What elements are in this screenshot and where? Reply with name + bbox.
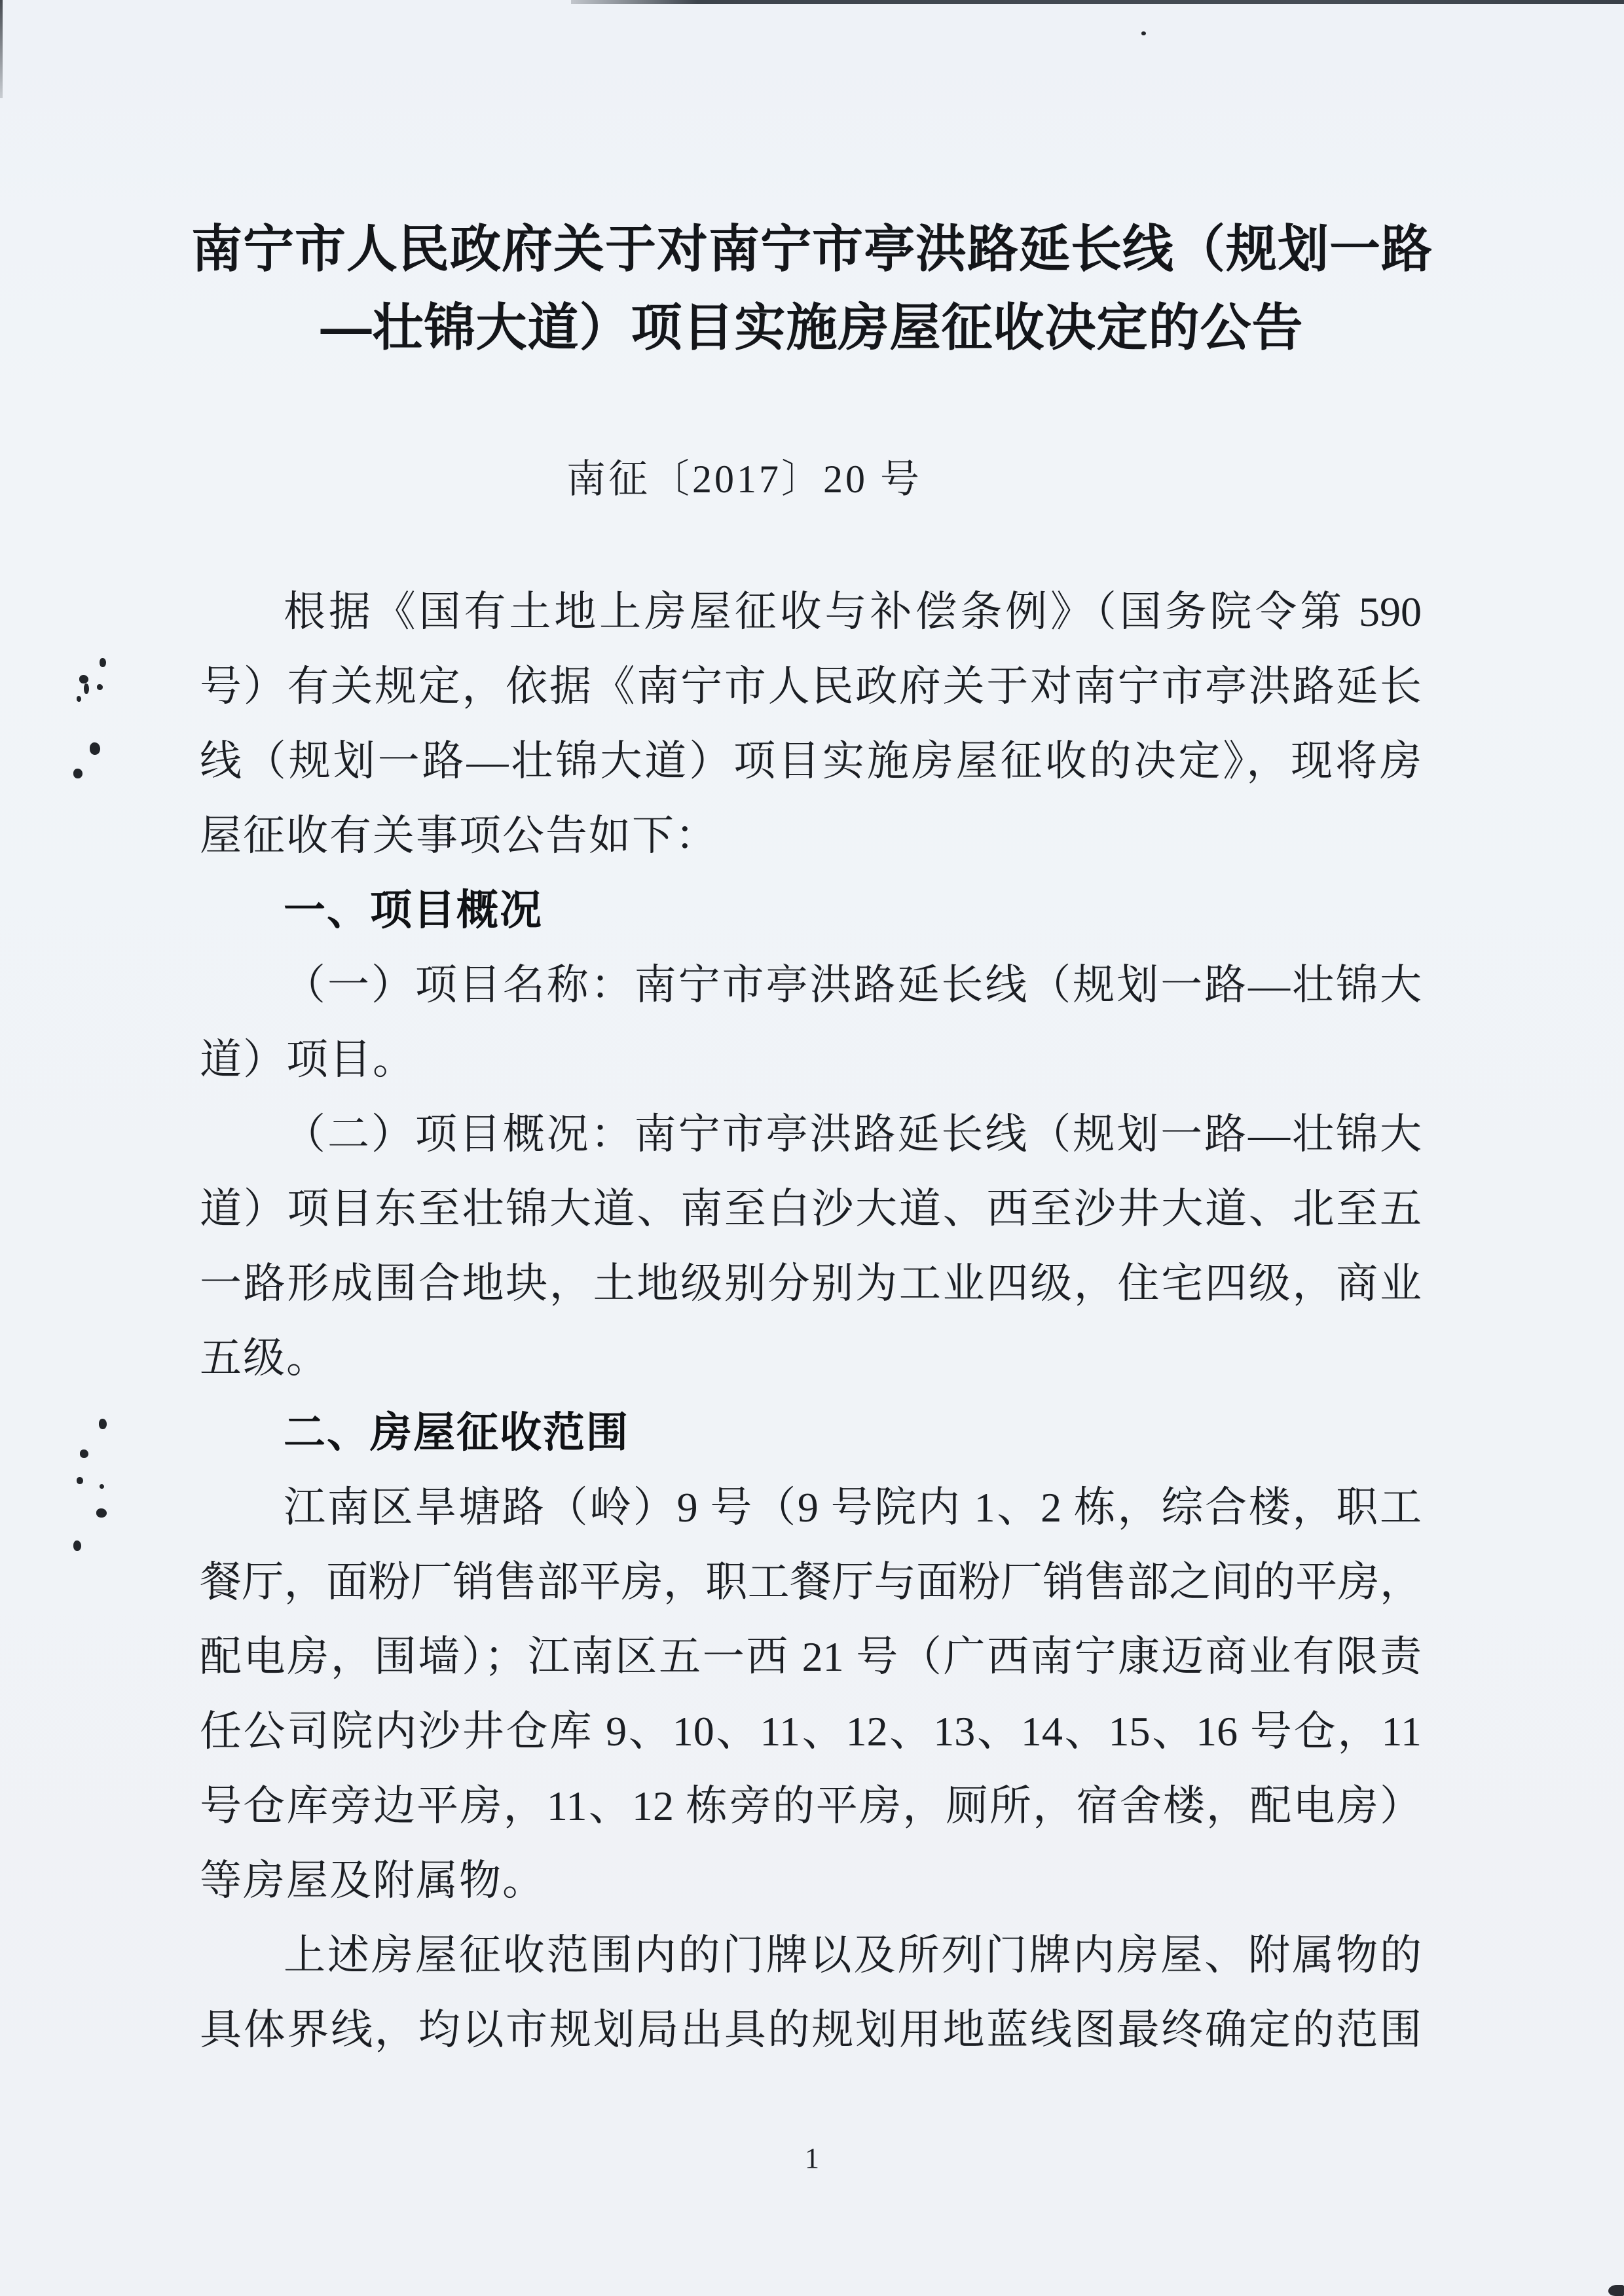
ink-speck [79,675,88,683]
body-line: 五级。 [200,1321,1422,1396]
body-line: （二）项目概况：南宁市亭洪路延长线（规划一路—壮锦大 [200,1097,1422,1172]
ink-speck [100,658,106,667]
ink-speck [99,1419,107,1429]
body-line: 屋征收有关事项公告如下： [200,799,1422,873]
ink-speck [90,742,100,755]
body-line: 道）项目。 [200,1023,1422,1097]
ink-speck [73,1540,81,1551]
ink-speck [73,769,83,778]
scanned-document-page: 南宁市人民政府关于对南宁市亭洪路延长线（规划一路 —壮锦大道）项目实施房屋征收决… [0,0,1624,2296]
ink-speck [1141,31,1146,35]
ink-speck [77,696,81,702]
body-line: 线（规划一路—壮锦大道）项目实施房屋征收的决定》，现将房 [200,724,1422,799]
ink-speck [97,684,103,690]
body-line: 等房屋及附属物。 [200,1844,1422,1918]
body-line: （一）项目名称：南宁市亭洪路延长线（规划一路—壮锦大 [200,948,1422,1023]
scan-edge-artifact-top [571,0,1624,4]
body-line: 配电房，围墙）；江南区五一西 21 号（广西南宁康迈商业有限责 [200,1620,1422,1694]
body-line: 一路形成围合地块，土地级别分别为工业四级，住宅四级，商业 [200,1247,1422,1321]
document-body: 根据《国有土地上房屋征收与补偿条例》（国务院令第 590号）有关规定，依据《南宁… [200,575,1422,2068]
body-line: 任公司院内沙井仓库 9、10、11、12、13、14、15、16 号仓，11 [200,1694,1422,1769]
ink-speck [96,1508,107,1518]
ink-speck [100,1484,104,1489]
body-line: 上述房屋征收范围内的门牌以及所列门牌内房屋、附属物的 [200,1918,1422,1993]
body-line: 道）项目东至壮锦大道、南至白沙大道、西至沙井大道、北至五 [200,1172,1422,1247]
body-line: 具体界线，均以市规划局出具的规划用地蓝线图最终确定的范围 [200,1993,1422,2068]
document-title-line-2: —壮锦大道）项目实施房屋征收决定的公告 [98,288,1526,367]
scan-corner-artifact [1608,2285,1624,2296]
body-line: 餐厅，面粉厂销售部平房，职工餐厅与面粉厂销售部之间的平房， [200,1545,1422,1620]
page-number: 1 [0,2142,1624,2175]
document-title-line-1: 南宁市人民政府关于对南宁市亭洪路延长线（规划一路 [98,210,1526,288]
body-line: 号仓库旁边平房，11、12 栋旁的平房，厕所，宿舍楼，配电房） [200,1769,1422,1844]
document-reference-number: 南征〔2017〕20 号 [566,453,922,505]
scan-edge-artifact-left [0,0,3,98]
document-title: 南宁市人民政府关于对南宁市亭洪路延长线（规划一路 —壮锦大道）项目实施房屋征收决… [98,210,1526,367]
ink-speck [84,683,89,694]
body-line: 江南区旱塘路（岭）9 号（9 号院内 1、2 栋，综合楼，职工 [200,1470,1422,1545]
body-line: 根据《国有土地上房屋征收与补偿条例》（国务院令第 590 [200,575,1422,649]
body-line: 号）有关规定，依据《南宁市人民政府关于对南宁市亭洪路延长 [200,649,1422,724]
ink-speck [77,1477,83,1484]
body-line: 一、项目概况 [200,873,1422,948]
ink-speck [80,1449,88,1458]
body-line: 二、房屋征收范围 [200,1396,1422,1470]
